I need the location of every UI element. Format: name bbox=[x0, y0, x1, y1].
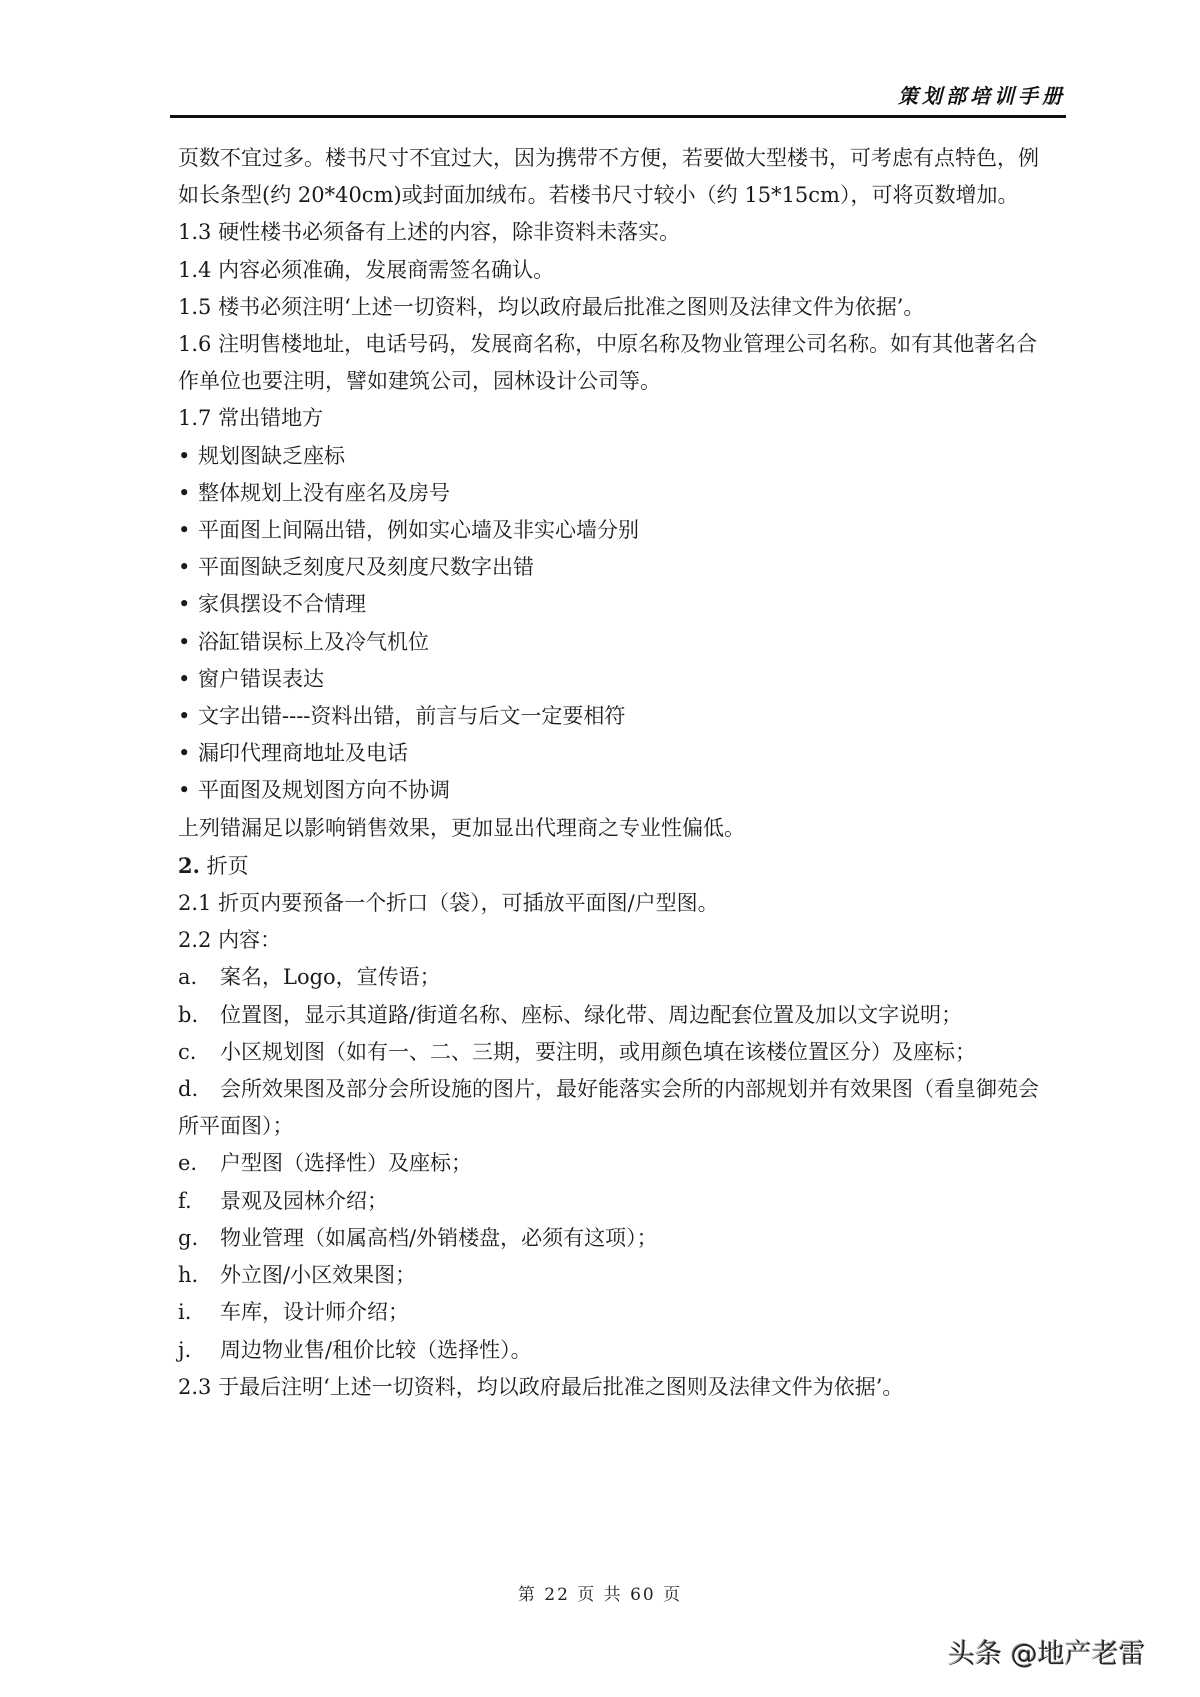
document-header-title: 策划部培训手册 bbox=[898, 80, 1066, 109]
bullet-item: 平面图缺乏刻度尺及刻度尺数字出错 bbox=[178, 549, 1058, 586]
list-item-j: j.周边物业售/租价比较（选择性）。 bbox=[178, 1332, 1058, 1369]
list-text: 会所效果图及部分会所设施的图片，最好能落实会所的内部规划并有效果图（看皇御苑会所… bbox=[178, 1077, 1039, 1138]
paragraph-2-2: 2.2 内容： bbox=[178, 922, 1058, 959]
header-divider bbox=[170, 115, 1066, 118]
section-number: 2. bbox=[178, 853, 200, 878]
list-label: h. bbox=[178, 1257, 220, 1294]
list-text: 周边物业售/租价比较（选择性）。 bbox=[220, 1338, 532, 1362]
list-label: i. bbox=[178, 1294, 220, 1331]
list-label: j. bbox=[178, 1332, 220, 1369]
paragraph-2-3: 2.3 于最后注明‘上述一切资料，均以政府最后批准之图则及法律文件为依据’。 bbox=[178, 1369, 1058, 1406]
list-item-b: b.位置图，显示其道路/街道名称、座标、绿化带、周边配套位置及加以文字说明； bbox=[178, 997, 1058, 1034]
bullet-item: 文字出错----资料出错，前言与后文一定要相符 bbox=[178, 698, 1058, 735]
list-text: 位置图，显示其道路/街道名称、座标、绿化带、周边配套位置及加以文字说明； bbox=[220, 1003, 962, 1027]
bullet-item: 平面图及规划图方向不协调 bbox=[178, 772, 1058, 809]
paragraph-1-5: 1.5 楼书必须注明‘上述一切资料，均以政府最后批准之图则及法律文件为依据’。 bbox=[178, 289, 1058, 326]
bullet-item: 家俱摆设不合情理 bbox=[178, 586, 1058, 623]
bullet-item: 整体规划上没有座名及房号 bbox=[178, 475, 1058, 512]
list-label: f. bbox=[178, 1183, 220, 1220]
list-label: d. bbox=[178, 1071, 220, 1108]
list-item-i: i.车库，设计师介绍； bbox=[178, 1294, 1058, 1331]
list-text: 车库，设计师介绍； bbox=[220, 1300, 409, 1324]
paragraph-booklet-size: 页数不宜过多。楼书尺寸不宜过大，因为携带不方便，若要做大型楼书，可考虑有点特色，… bbox=[178, 140, 1058, 214]
paragraph-1-7: 1.7 常出错地方 bbox=[178, 400, 1058, 437]
section-2-heading: 2. 折页 bbox=[178, 847, 1058, 885]
bullet-item: 漏印代理商地址及电话 bbox=[178, 735, 1058, 772]
list-label: e. bbox=[178, 1145, 220, 1182]
list-label: c. bbox=[178, 1034, 220, 1071]
list-item-d: d.会所效果图及部分会所设施的图片，最好能落实会所的内部规划并有效果图（看皇御苑… bbox=[178, 1071, 1058, 1145]
list-text: 案名，Logo，宣传语； bbox=[220, 965, 441, 989]
list-item-g: g.物业管理（如属高档/外销楼盘，必须有这项）； bbox=[178, 1220, 1058, 1257]
summary-paragraph: 上列错漏足以影响销售效果，更加显出代理商之专业性偏低。 bbox=[178, 810, 1058, 847]
document-body: 页数不宜过多。楼书尺寸不宜过大，因为携带不方便，若要做大型楼书，可考虑有点特色，… bbox=[178, 140, 1058, 1406]
bullet-item: 规划图缺乏座标 bbox=[178, 438, 1058, 475]
list-item-f: f.景观及园林介绍； bbox=[178, 1183, 1058, 1220]
list-item-h: h.外立图/小区效果图； bbox=[178, 1257, 1058, 1294]
section-title: 折页 bbox=[207, 854, 249, 878]
list-label: g. bbox=[178, 1220, 220, 1257]
list-item-c: c.小区规划图（如有一、二、三期，要注明，或用颜色填在该楼位置区分）及座标； bbox=[178, 1034, 1058, 1071]
paragraph-1-3: 1.3 硬性楼书必须备有上述的内容，除非资料未落实。 bbox=[178, 214, 1058, 251]
list-item-a: a.案名，Logo，宣传语； bbox=[178, 959, 1058, 996]
bullet-item: 平面图上间隔出错，例如实心墙及非实心墙分别 bbox=[178, 512, 1058, 549]
watermark: 头条 @地产老雷 bbox=[948, 1632, 1146, 1671]
list-text: 景观及园林介绍； bbox=[220, 1189, 388, 1213]
bullet-item: 浴缸错误标上及冷气机位 bbox=[178, 624, 1058, 661]
paragraph-1-4: 1.4 内容必须准确，发展商需签名确认。 bbox=[178, 252, 1058, 289]
list-item-e: e.户型图（选择性）及座标； bbox=[178, 1145, 1058, 1182]
list-text: 外立图/小区效果图； bbox=[220, 1263, 416, 1287]
page-number: 第 22 页 共 60 页 bbox=[0, 1580, 1200, 1605]
list-label: a. bbox=[178, 959, 220, 996]
list-label: b. bbox=[178, 997, 220, 1034]
paragraph-2-1: 2.1 折页内要预备一个折口（袋），可插放平面图/户型图。 bbox=[178, 885, 1058, 922]
list-text: 物业管理（如属高档/外销楼盘，必须有这项）； bbox=[220, 1226, 658, 1250]
list-text: 户型图（选择性）及座标； bbox=[220, 1151, 472, 1175]
list-text: 小区规划图（如有一、二、三期，要注明，或用颜色填在该楼位置区分）及座标； bbox=[220, 1040, 976, 1064]
paragraph-1-6: 1.6 注明售楼地址，电话号码，发展商名称，中原名称及物业管理公司名称。如有其他… bbox=[178, 326, 1058, 400]
bullet-item: 窗户错误表达 bbox=[178, 661, 1058, 698]
